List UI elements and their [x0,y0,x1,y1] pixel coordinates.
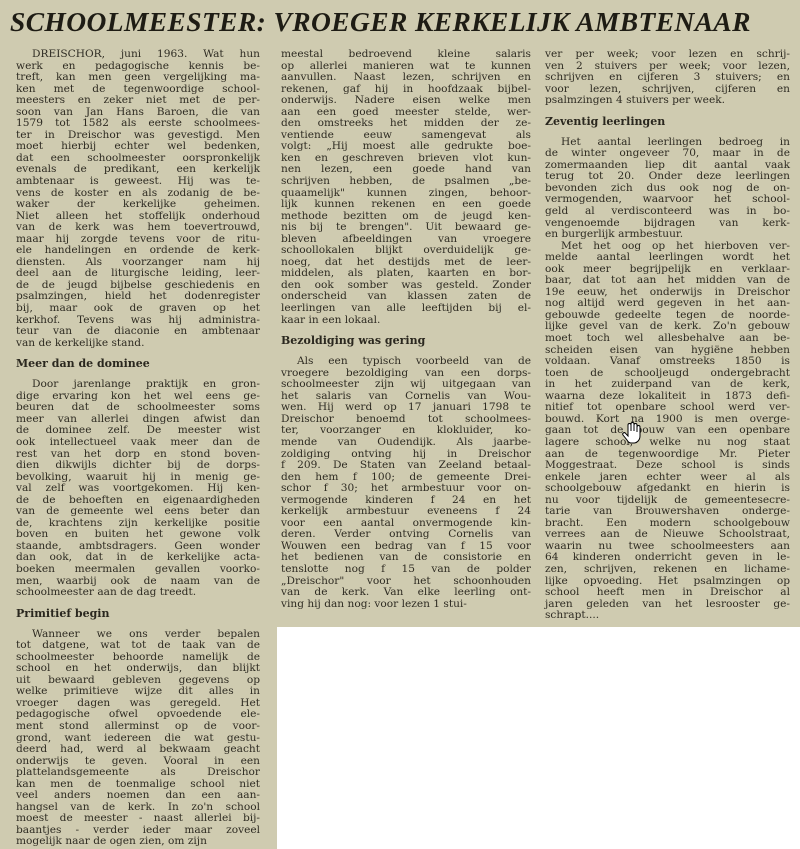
article-text-line: tot datgene, wat tot de taak van de [16,640,260,652]
article-text-line: ambtenaar is geweest. Hij was te- [16,176,260,188]
article-column-1: DREISCHOR, juni 1963. Wat hunwerk en ped… [16,49,260,848]
article-text-line: f 209. De Staten van Zeeland betaal- [281,460,531,472]
article-text-line: leerlingen van alle leeftijden bij el- [281,303,531,315]
article-text-line: schoolgebouw afgedankt en hierin is [545,483,790,495]
article-text-line: van de kerk. Van elke leerling ont- [281,587,531,599]
article-text-line: kaar in een lokaal. [281,315,531,327]
article-text-line: schrapt.... [545,610,790,622]
article-text-line: val zelf was voortgekomen. Hij ken- [16,483,260,495]
article-text-line: treft, kan men geen vergelijking ma- [16,72,260,84]
article-text-line: mende van Oudendijk. Als jaarbe- [281,437,531,449]
article-text-line: en burgerlijk armbestuur. [545,229,790,241]
article-text-line: zen, schrijven, rekenen en lichame- [545,564,790,576]
article-text-line: ving hij dan nog: voor lezen 1 stui- [281,599,531,611]
section-subheading: Zeventig leerlingen [545,116,790,128]
article-text-line: voldaan. Vanaf omstreeks 1850 is [545,356,790,368]
article-text-line: moet toch wel allesbehalve aan be- [545,333,790,345]
section-subheading: Meer dan de dominee [16,358,260,370]
article-text-line: van de kerkelijke stand. [16,338,260,350]
article-text-line: ook intellectueel vaak meer dan de [16,437,260,449]
article-text-line: aanvullen. Naast lezen, schrijven en [281,72,531,84]
article-column-3: ver per week; voor lezen en schrij-ven 2… [545,49,790,622]
article-text-line: geld al verdisconteerd was in bo- [545,206,790,218]
article-column-2: meestal bedroevend kleine salarisop alle… [281,49,531,610]
article-text-line: onderwijs. Nadere eisen welke men [281,95,531,107]
article-text-line: dien dikwijls dichter bij de dorps- [16,460,260,472]
article-text-line: lijk kunnen rekenen en een goede [281,199,531,211]
article-text-line: DREISCHOR, juni 1963. Wat hun [16,49,260,61]
article-text-line: tenslotte nog f 15 van de polder [281,564,531,576]
article-text-line: ment stond allerminst op de voor- [16,721,260,733]
article-text-line: plattelandsgemeente als Dreischor [16,767,260,779]
article-text-line: meestal bedroevend kleine salaris [281,49,531,61]
article-text-line: schrijven hebben, de psalmen „be- [281,176,531,188]
section-subheading: Bezoldiging was gering [281,335,531,347]
article-text-line: psalmzingen 4 stuivers per week. [545,95,790,107]
article-text-line: mogelijk naar de ogen zien, om zijn [16,836,260,848]
article-text-line: schoolmeester aan de dag treedt. [16,587,260,599]
article-text-line: boeken meermalen gevallen voorko- [16,564,260,576]
article-text-line: bij, maar ook de graven op het [16,303,260,315]
article-text-line: lagere school, welke nu nog staat [545,437,790,449]
article-text-line: school heeft men in Dreischor al [545,587,790,599]
article-text-line: Moggestraat. Deze school is sinds [545,460,790,472]
article-text-line: ver per week; voor lezen en schrij- [545,49,790,61]
article-headline: SCHOOLMEESTER: VROEGER KERKELIJK AMBTENA… [10,6,800,38]
article-text-line: meesters en zeker niet met de per- [16,95,260,107]
article-text-line: Als een typisch voorbeeld van de [281,356,531,368]
hand-pointer-icon [622,422,642,444]
section-subheading: Primitief begin [16,608,260,620]
article-text-line: teur van de diaconie en ambtenaar [16,326,260,338]
article-text-line: schor f 30; het armbestuur voor on- [281,483,531,495]
article-text-line: schrijven en cijferen 3 stuivers; en [545,72,790,84]
article-text-line: waker der kerkelijke geheimen. [16,199,260,211]
article-text-line: deerd had, werd al bekwaam geacht [16,744,260,756]
